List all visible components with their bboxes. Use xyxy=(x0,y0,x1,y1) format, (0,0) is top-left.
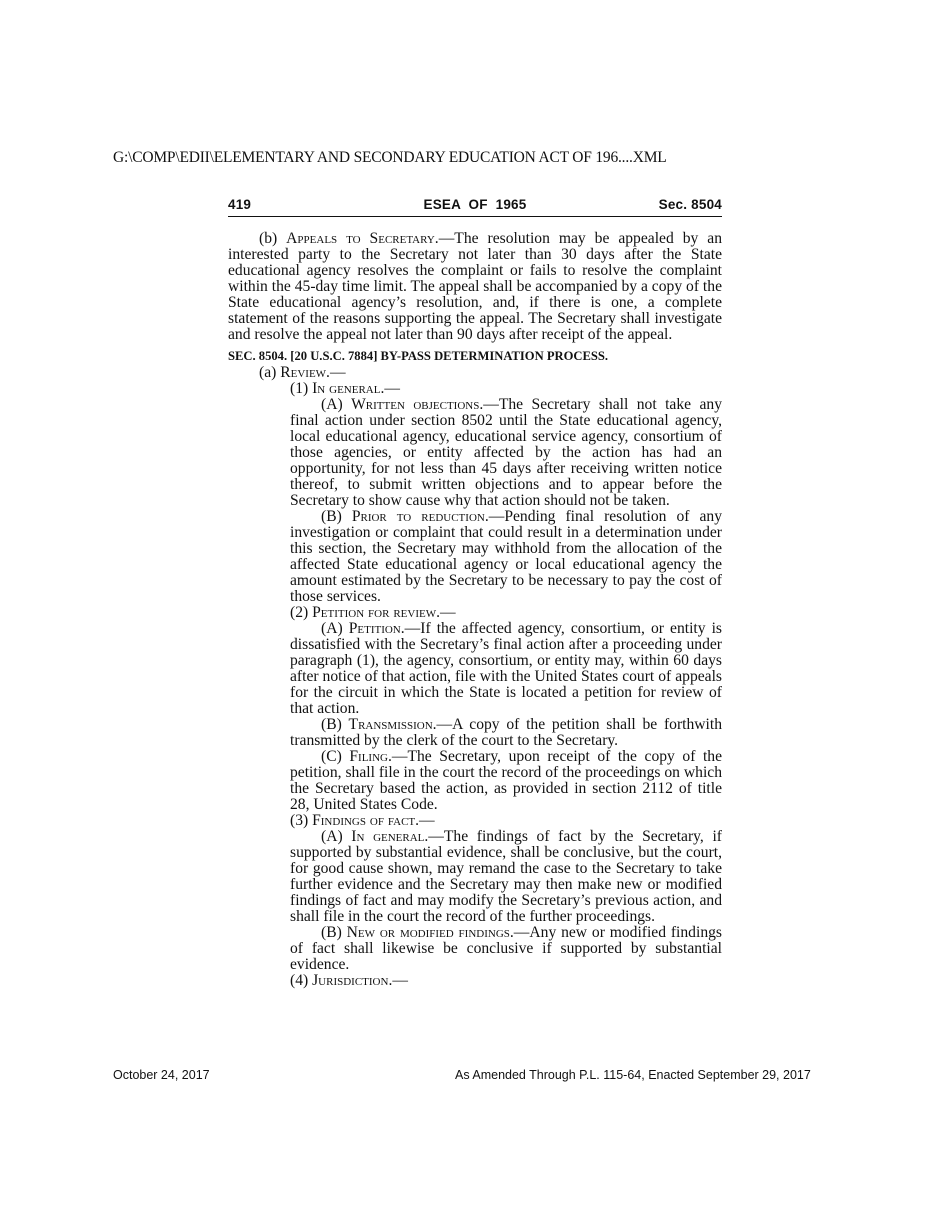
paragraph-3: (3) Findings of fact.— xyxy=(228,813,722,829)
paragraph-1: (1) In general.— xyxy=(228,381,722,397)
subsection-heading: Appeals to Secretary. xyxy=(286,230,439,247)
subparagraph-heading: Written objections. xyxy=(351,396,483,413)
dash: — xyxy=(419,812,435,829)
running-title: ESEA OF 1965 xyxy=(228,197,722,212)
subparagraph-3-A: (A) In general.—The findings of fact by … xyxy=(228,829,722,925)
subsection-text: —The resolution may be appealed by an in… xyxy=(228,230,722,343)
dash: — xyxy=(330,364,346,381)
subparagraph-heading: Filing. xyxy=(349,748,392,765)
dash: — xyxy=(392,972,408,989)
subparagraph-heading: In general. xyxy=(351,828,428,845)
subsection-a: (a) Review.— xyxy=(228,365,722,381)
paragraph-label: (4) xyxy=(290,972,312,989)
subparagraph-2-A: (A) Petition.—If the affected agency, co… xyxy=(228,621,722,717)
file-path: G:\COMP\EDII\ELEMENTARY AND SECONDARY ED… xyxy=(113,149,667,167)
paragraph-heading: In general. xyxy=(312,380,384,397)
paragraph-2: (2) Petition for review.— xyxy=(228,605,722,621)
document-body: (b) Appeals to Secretary.—The resolution… xyxy=(228,231,722,989)
paragraph-4: (4) Jurisdiction.— xyxy=(228,973,722,989)
subparagraph-label: (A) xyxy=(321,828,351,845)
subparagraph-label: (A) xyxy=(321,396,351,413)
dash: — xyxy=(384,380,400,397)
subparagraph-heading: Petition. xyxy=(349,620,405,637)
subparagraph-2-C: (C) Filing.—The Secretary, upon receipt … xyxy=(228,749,722,813)
section-heading: SEC. 8504. [20 U.S.C. 7884] BY-PASS DETE… xyxy=(228,348,722,364)
subparagraph-heading: Prior to reduction. xyxy=(352,508,489,525)
paragraph-heading: Petition for review. xyxy=(312,604,440,621)
running-head: 419 ESEA OF 1965 Sec. 8504 xyxy=(228,196,722,217)
subparagraph-label: (C) xyxy=(321,748,349,765)
subsection-b: (b) Appeals to Secretary.—The resolution… xyxy=(228,231,722,343)
subsection-heading: Review. xyxy=(280,364,330,381)
paragraph-heading: Jurisdiction. xyxy=(312,972,392,989)
section-label: Sec. 8504 xyxy=(659,197,722,212)
subsection-label: (a) xyxy=(259,364,280,381)
subparagraph-heading: Transmission. xyxy=(349,716,437,733)
paragraph-label: (2) xyxy=(290,604,312,621)
subparagraph-label: (A) xyxy=(321,620,349,637)
subparagraph-3-B: (B) New or modified findings.—Any new or… xyxy=(228,925,722,973)
subparagraph-label: (B) xyxy=(321,716,349,733)
subparagraph-text: —The Secretary shall not take any final … xyxy=(290,396,722,509)
subparagraph-label: (B) xyxy=(321,508,352,525)
subparagraph-heading: New or modified findings. xyxy=(347,924,514,941)
footer-date: October 24, 2017 xyxy=(113,1068,210,1082)
paragraph-label: (3) xyxy=(290,812,312,829)
footer-amended-note: As Amended Through P.L. 115-64, Enacted … xyxy=(455,1068,811,1082)
subparagraph-1-A: (A) Written objections.—The Secretary sh… xyxy=(228,397,722,509)
subparagraph-2-B: (B) Transmission.—A copy of the petition… xyxy=(228,717,722,749)
subsection-label: (b) xyxy=(259,230,286,247)
paragraph-label: (1) xyxy=(290,380,312,397)
subparagraph-1-B: (B) Prior to reduction.—Pending final re… xyxy=(228,509,722,605)
subparagraph-label: (B) xyxy=(321,924,347,941)
dash: — xyxy=(440,604,456,621)
paragraph-heading: Findings of fact. xyxy=(312,812,419,829)
